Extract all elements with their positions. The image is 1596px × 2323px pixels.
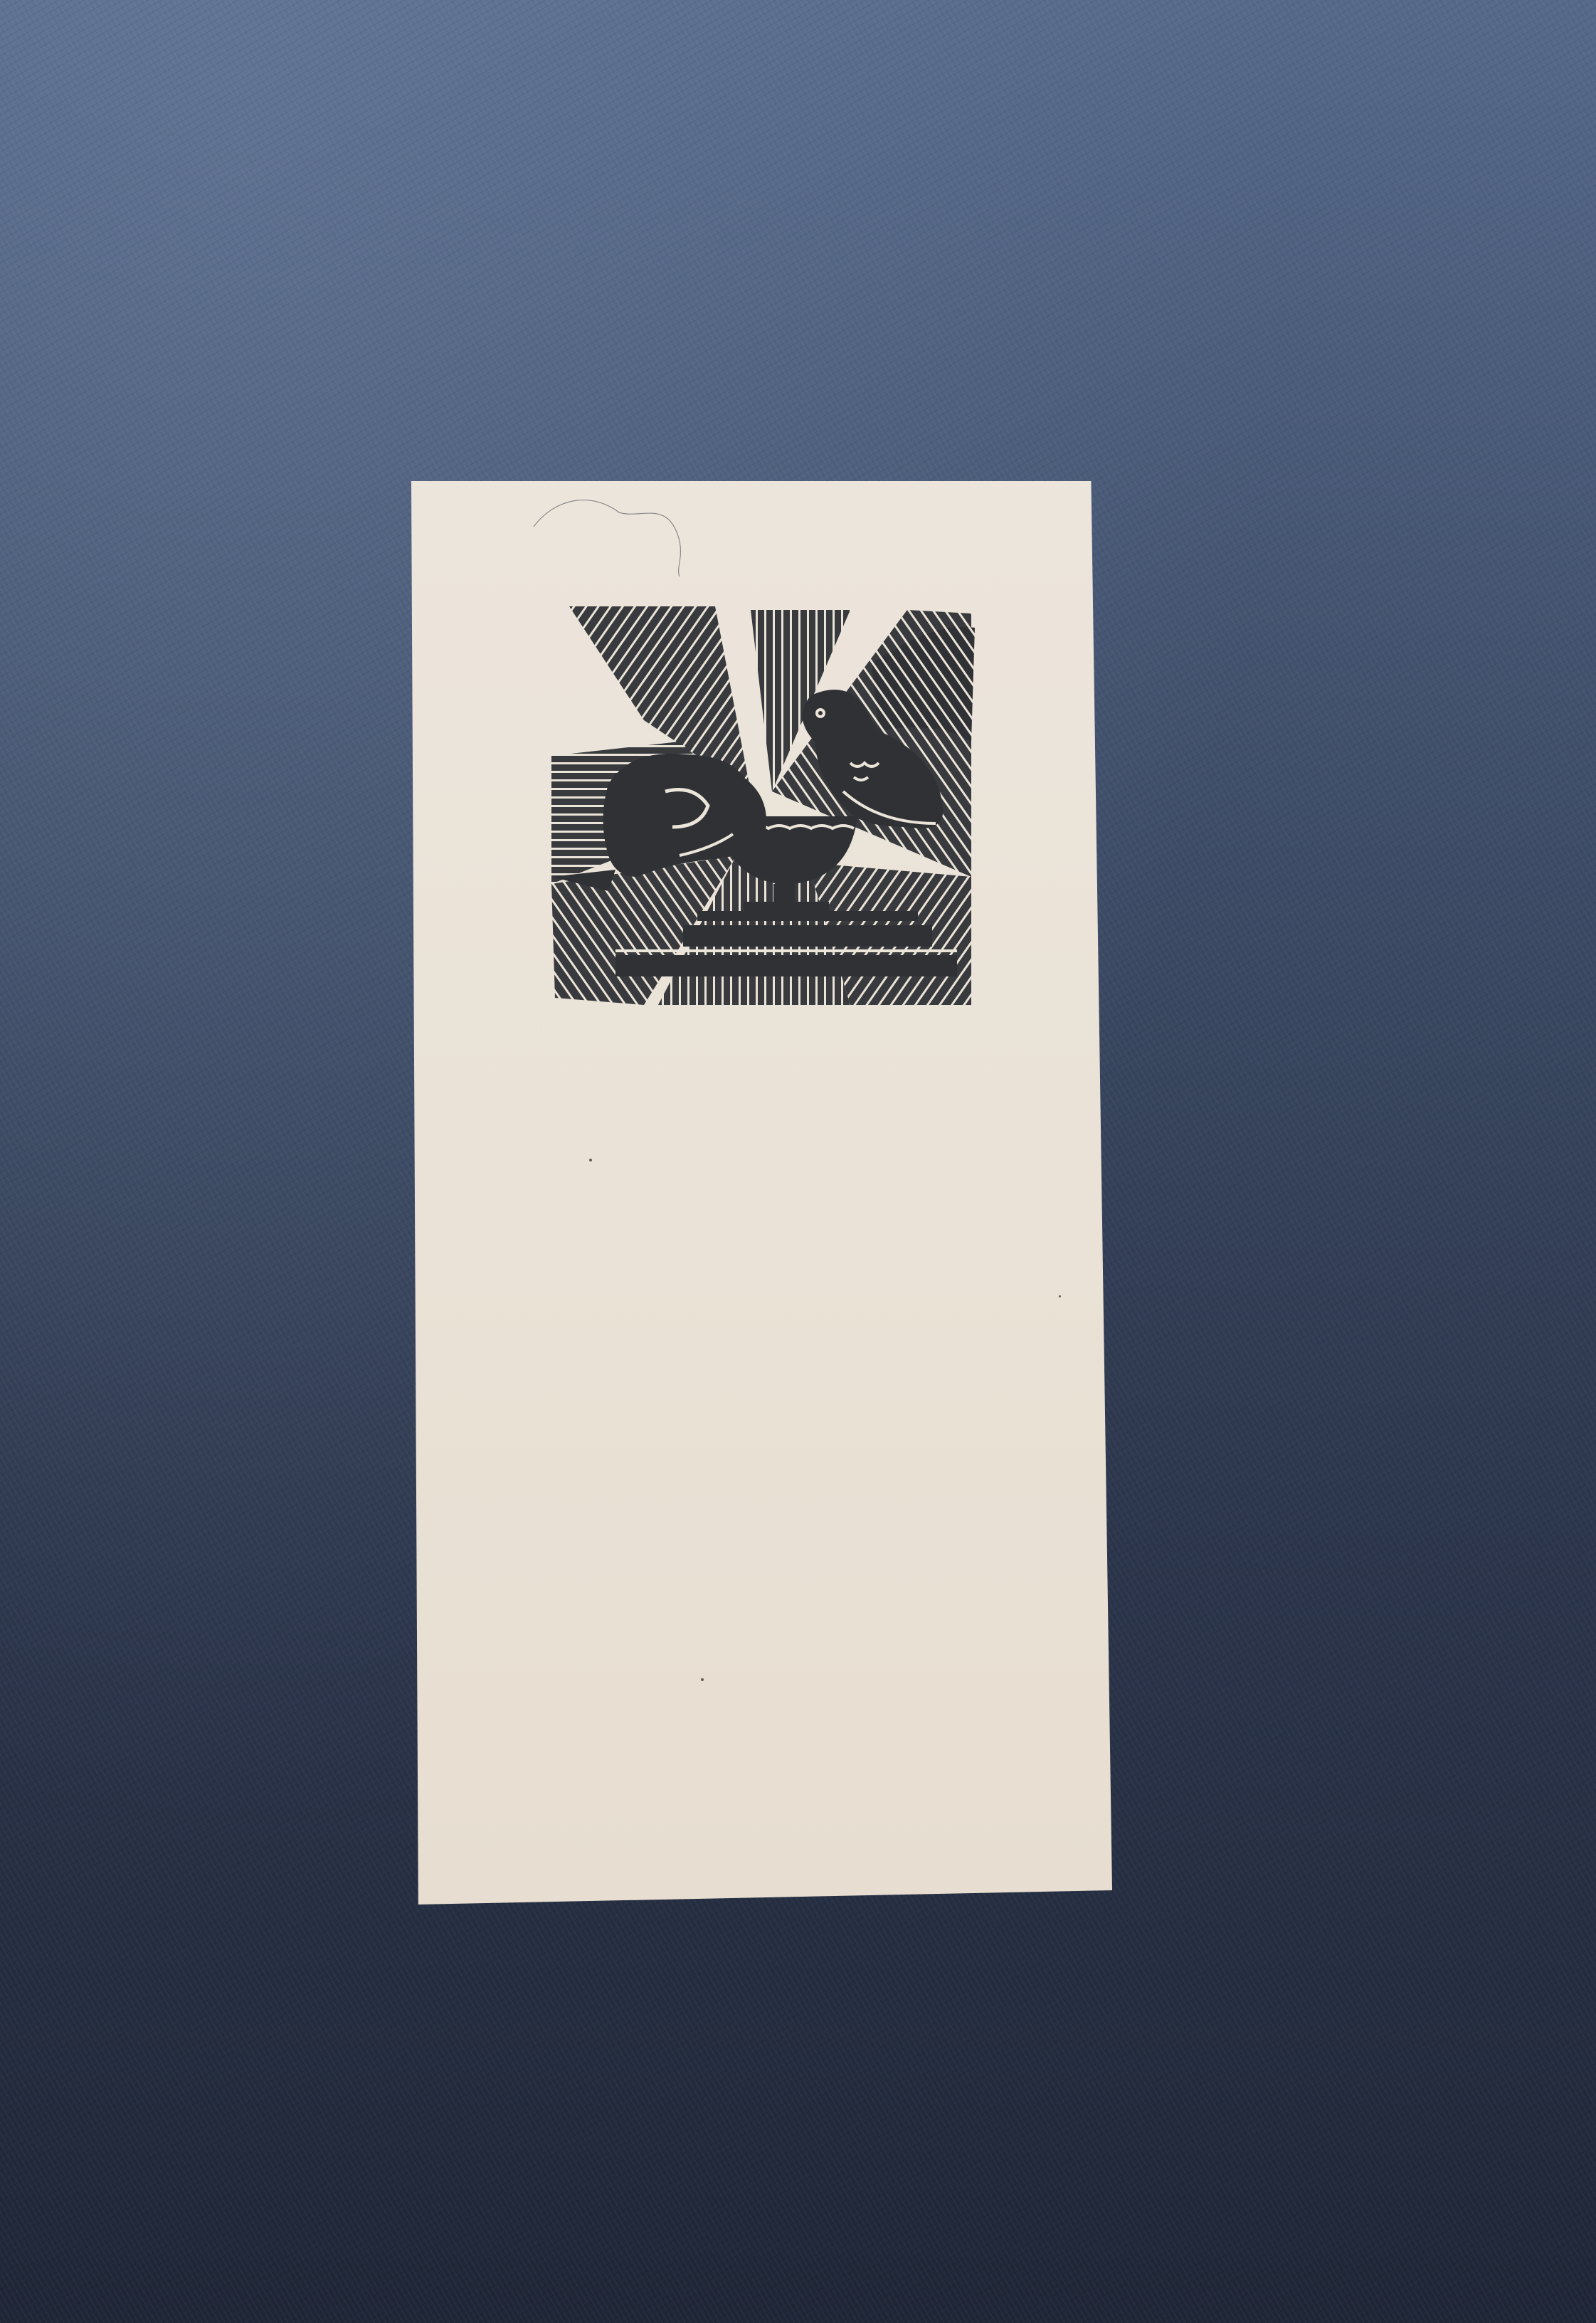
dove-woodcut-print <box>537 578 975 1012</box>
paper-speck <box>1059 1295 1061 1297</box>
paper-speck <box>589 1159 592 1161</box>
stray-fiber <box>527 491 690 576</box>
paper-speck <box>701 1678 704 1681</box>
